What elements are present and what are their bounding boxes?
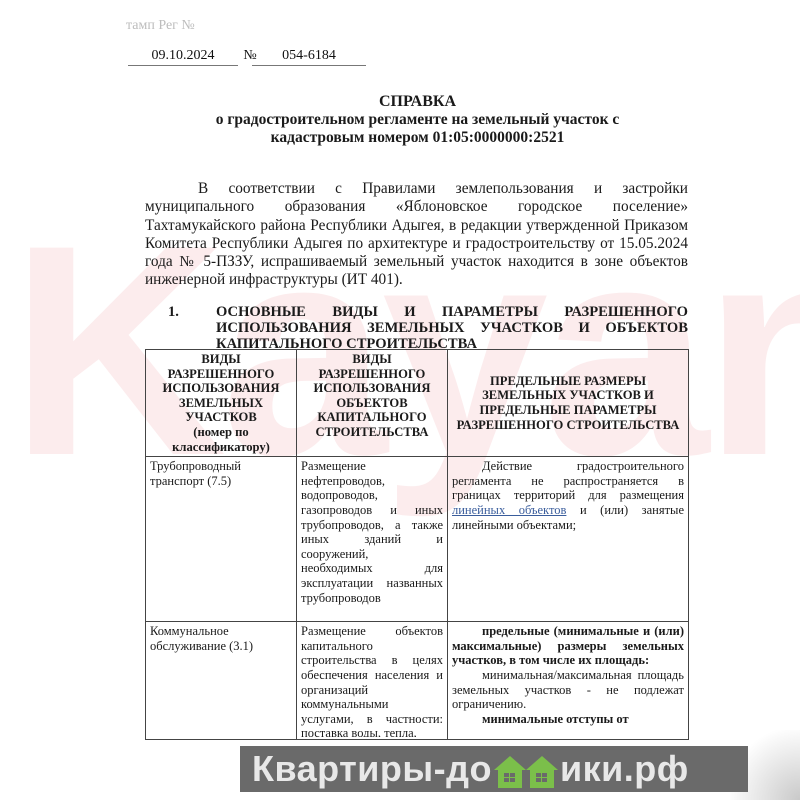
limits-normal-text: минимальная/максимальная площадь земельн… — [452, 668, 684, 712]
document-title-block: СПРАВКА о градостроительном регламенте н… — [145, 92, 690, 147]
section-number: 1. — [168, 304, 179, 320]
banner-text-start: Квартиры-до — [252, 748, 492, 790]
document-title: СПРАВКА — [145, 92, 690, 111]
banner-text-end: ики.рф — [560, 748, 689, 790]
linear-objects-link[interactable]: линейных объектов — [452, 503, 566, 517]
table-header-limits: ПРЕДЕЛЬНЫЕ РАЗМЕРЫ ЗЕМЕЛЬНЫХ УЧАСТКОВ И … — [448, 350, 689, 457]
cell-capital-use: Размещение объектов капитального строите… — [297, 622, 448, 740]
cell-capital-use: Размещение нефтепроводов, водопроводов, … — [297, 457, 448, 622]
site-watermark-banner: Квартиры-до ики.рф — [240, 746, 748, 792]
table-header-capital-use: ВИДЫ РАЗРЕШЕННОГО ИСПОЛЬЗОВАНИЯ ОБЪЕКТОВ… — [297, 350, 448, 457]
house-icon — [526, 756, 558, 788]
section-heading-line2: ИСПОЛЬЗОВАНИЯ ЗЕМЕЛЬНЫХ УЧАСТКОВ И ОБЪЕК… — [168, 320, 688, 336]
limits-content: предельные (минимальные и (или) максимал… — [452, 624, 684, 726]
capital-use-text: Размещение объектов капитального строите… — [301, 624, 443, 737]
intro-paragraph: В соответствии с Правилами землепользова… — [145, 180, 688, 290]
registration-date: 09.10.2024 — [128, 48, 238, 66]
cell-land-use: Коммунальное обслуживание (3.1) — [146, 622, 297, 740]
document-subtitle-line1: о градостроительном регламенте на земель… — [145, 111, 690, 129]
section-heading: 1. ОСНОВНЫЕ ВИДЫ И ПАРАМЕТРЫ РАЗРЕШЕННОГ… — [168, 304, 688, 352]
cell-land-use: Трубопроводный транспорт (7.5) — [146, 457, 297, 622]
houses-icon — [494, 750, 558, 788]
limits-bold-text: предельные (минимальные и (или) максимал… — [452, 624, 684, 668]
regulation-table: ВИДЫ РАЗРЕШЕННОГО ИСПОЛЬЗОВАНИЯ ЗЕМЕЛЬНЫ… — [145, 349, 689, 740]
table-header-row: ВИДЫ РАЗРЕШЕННОГО ИСПОЛЬЗОВАНИЯ ЗЕМЕЛЬНЫ… — [146, 350, 689, 457]
stamp-label: тамп Рег № — [126, 18, 195, 34]
intro-text: В соответствии с Правилами землепользова… — [145, 180, 688, 288]
table-header-land-use: ВИДЫ РАЗРЕШЕННОГО ИСПОЛЬЗОВАНИЯ ЗЕМЕЛЬНЫ… — [146, 350, 297, 457]
house-icon — [494, 756, 526, 788]
header-text: ВИДЫ РАЗРЕШЕННОГО ИСПОЛЬЗОВАНИЯ ЗЕМЕЛЬНЫ… — [163, 352, 280, 424]
document-page: Kayan тамп Рег № 09.10.2024 № 054-6184 С… — [0, 0, 800, 800]
registration-number: 054-6184 — [252, 48, 366, 66]
document-subtitle-line2: кадастровым номером 01:05:0000000:2521 — [145, 129, 690, 147]
cell-limits: Действие градостроительного регламента н… — [448, 457, 689, 622]
limits-bold-text-2: минимальные отступы от — [452, 712, 684, 727]
table-row: Коммунальное обслуживание (3.1) Размещен… — [146, 622, 689, 740]
cell-limits: предельные (минимальные и (или) максимал… — [448, 622, 689, 740]
section-heading-line1: ОСНОВНЫЕ ВИДЫ И ПАРАМЕТРЫ РАЗРЕШЕННОГО — [168, 304, 688, 320]
limits-text: Действие градостроительного регламента н… — [452, 459, 684, 502]
header-note: (номер по классификатору) — [172, 425, 270, 454]
table-row: Трубопроводный транспорт (7.5) Размещени… — [146, 457, 689, 622]
